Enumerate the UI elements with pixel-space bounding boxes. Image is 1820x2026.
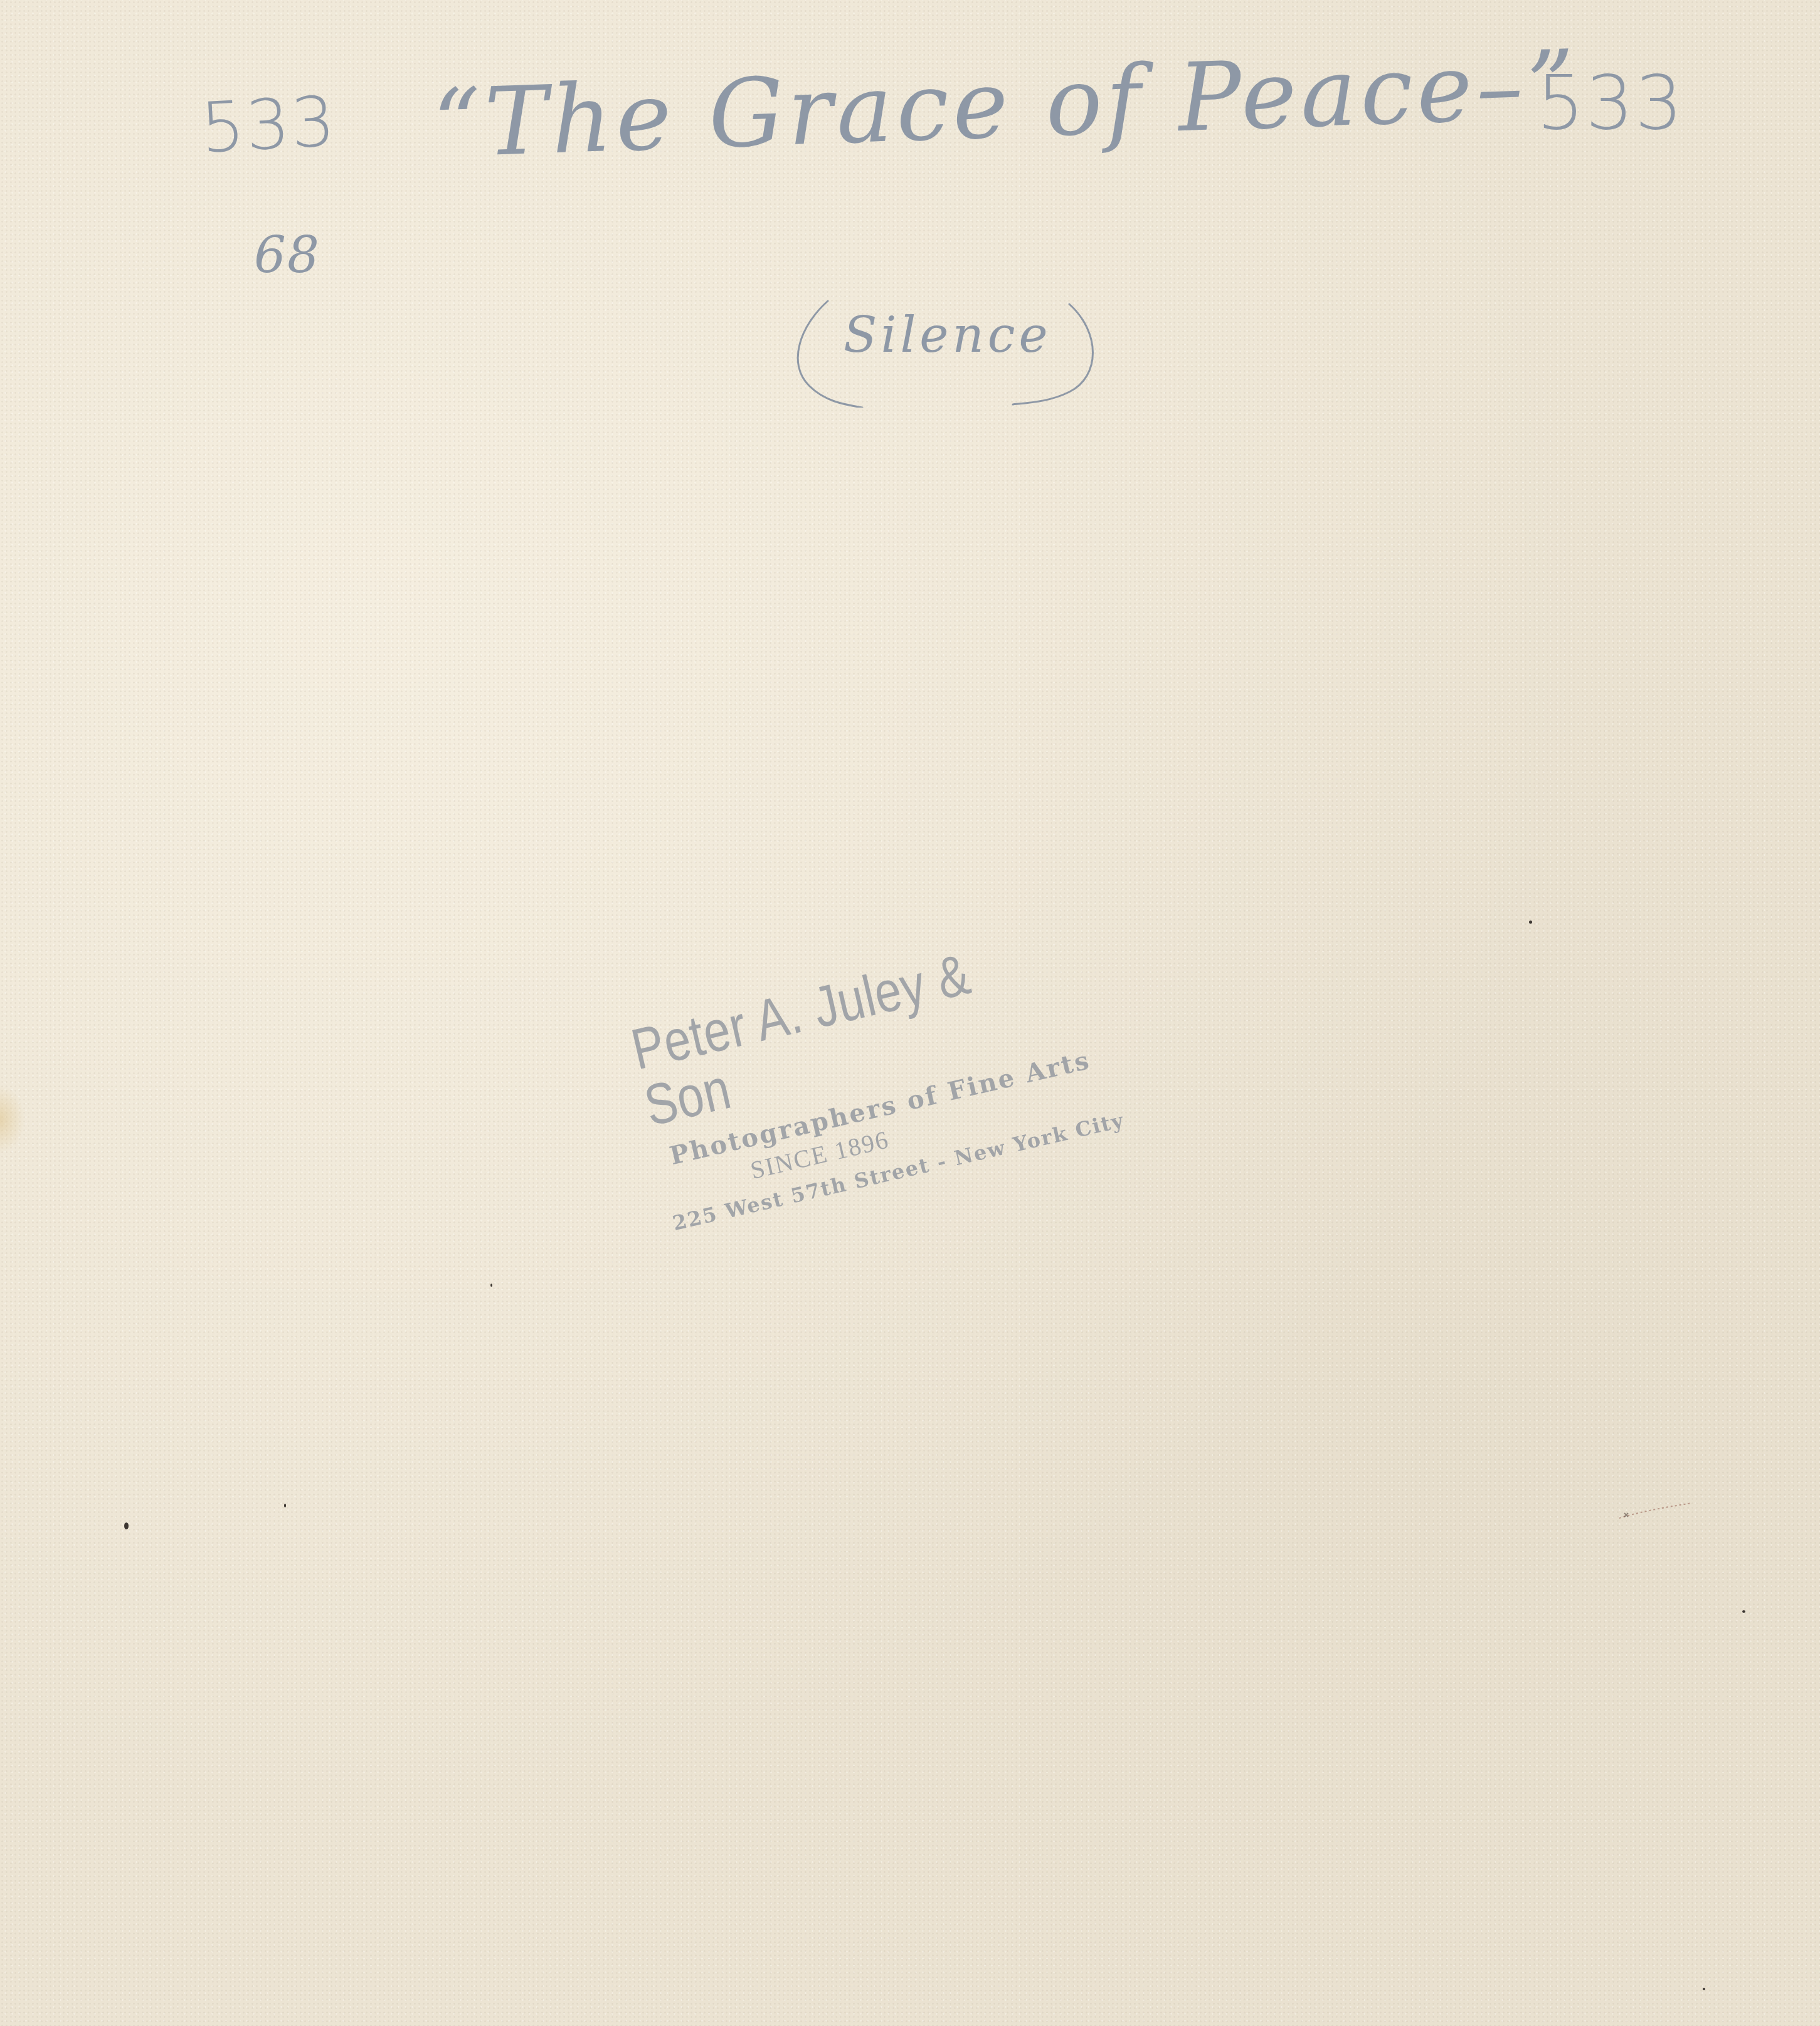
speck-mark: [1703, 1988, 1705, 1990]
alternate-title-circled: Silence: [775, 282, 1113, 408]
secondary-number: 68: [254, 226, 320, 284]
catalog-number-left: 533: [199, 81, 338, 168]
speck-mark: [124, 1522, 129, 1529]
speck-mark: [284, 1504, 286, 1507]
paper-stain: [0, 1085, 25, 1154]
studio-stamp: Peter A. Juley & Son Photographers of Fi…: [602, 902, 1201, 1242]
alternate-title-text: Silence: [844, 307, 1052, 364]
speck-mark: [490, 1284, 492, 1287]
catalog-number-right: 533: [1537, 60, 1684, 147]
speck-mark: [1529, 921, 1532, 924]
speck-mark: [1742, 1610, 1745, 1613]
handwritten-title: “The Grace of Peace–”: [431, 30, 1581, 179]
pencil-smudge-icon: [1618, 1502, 1693, 1521]
